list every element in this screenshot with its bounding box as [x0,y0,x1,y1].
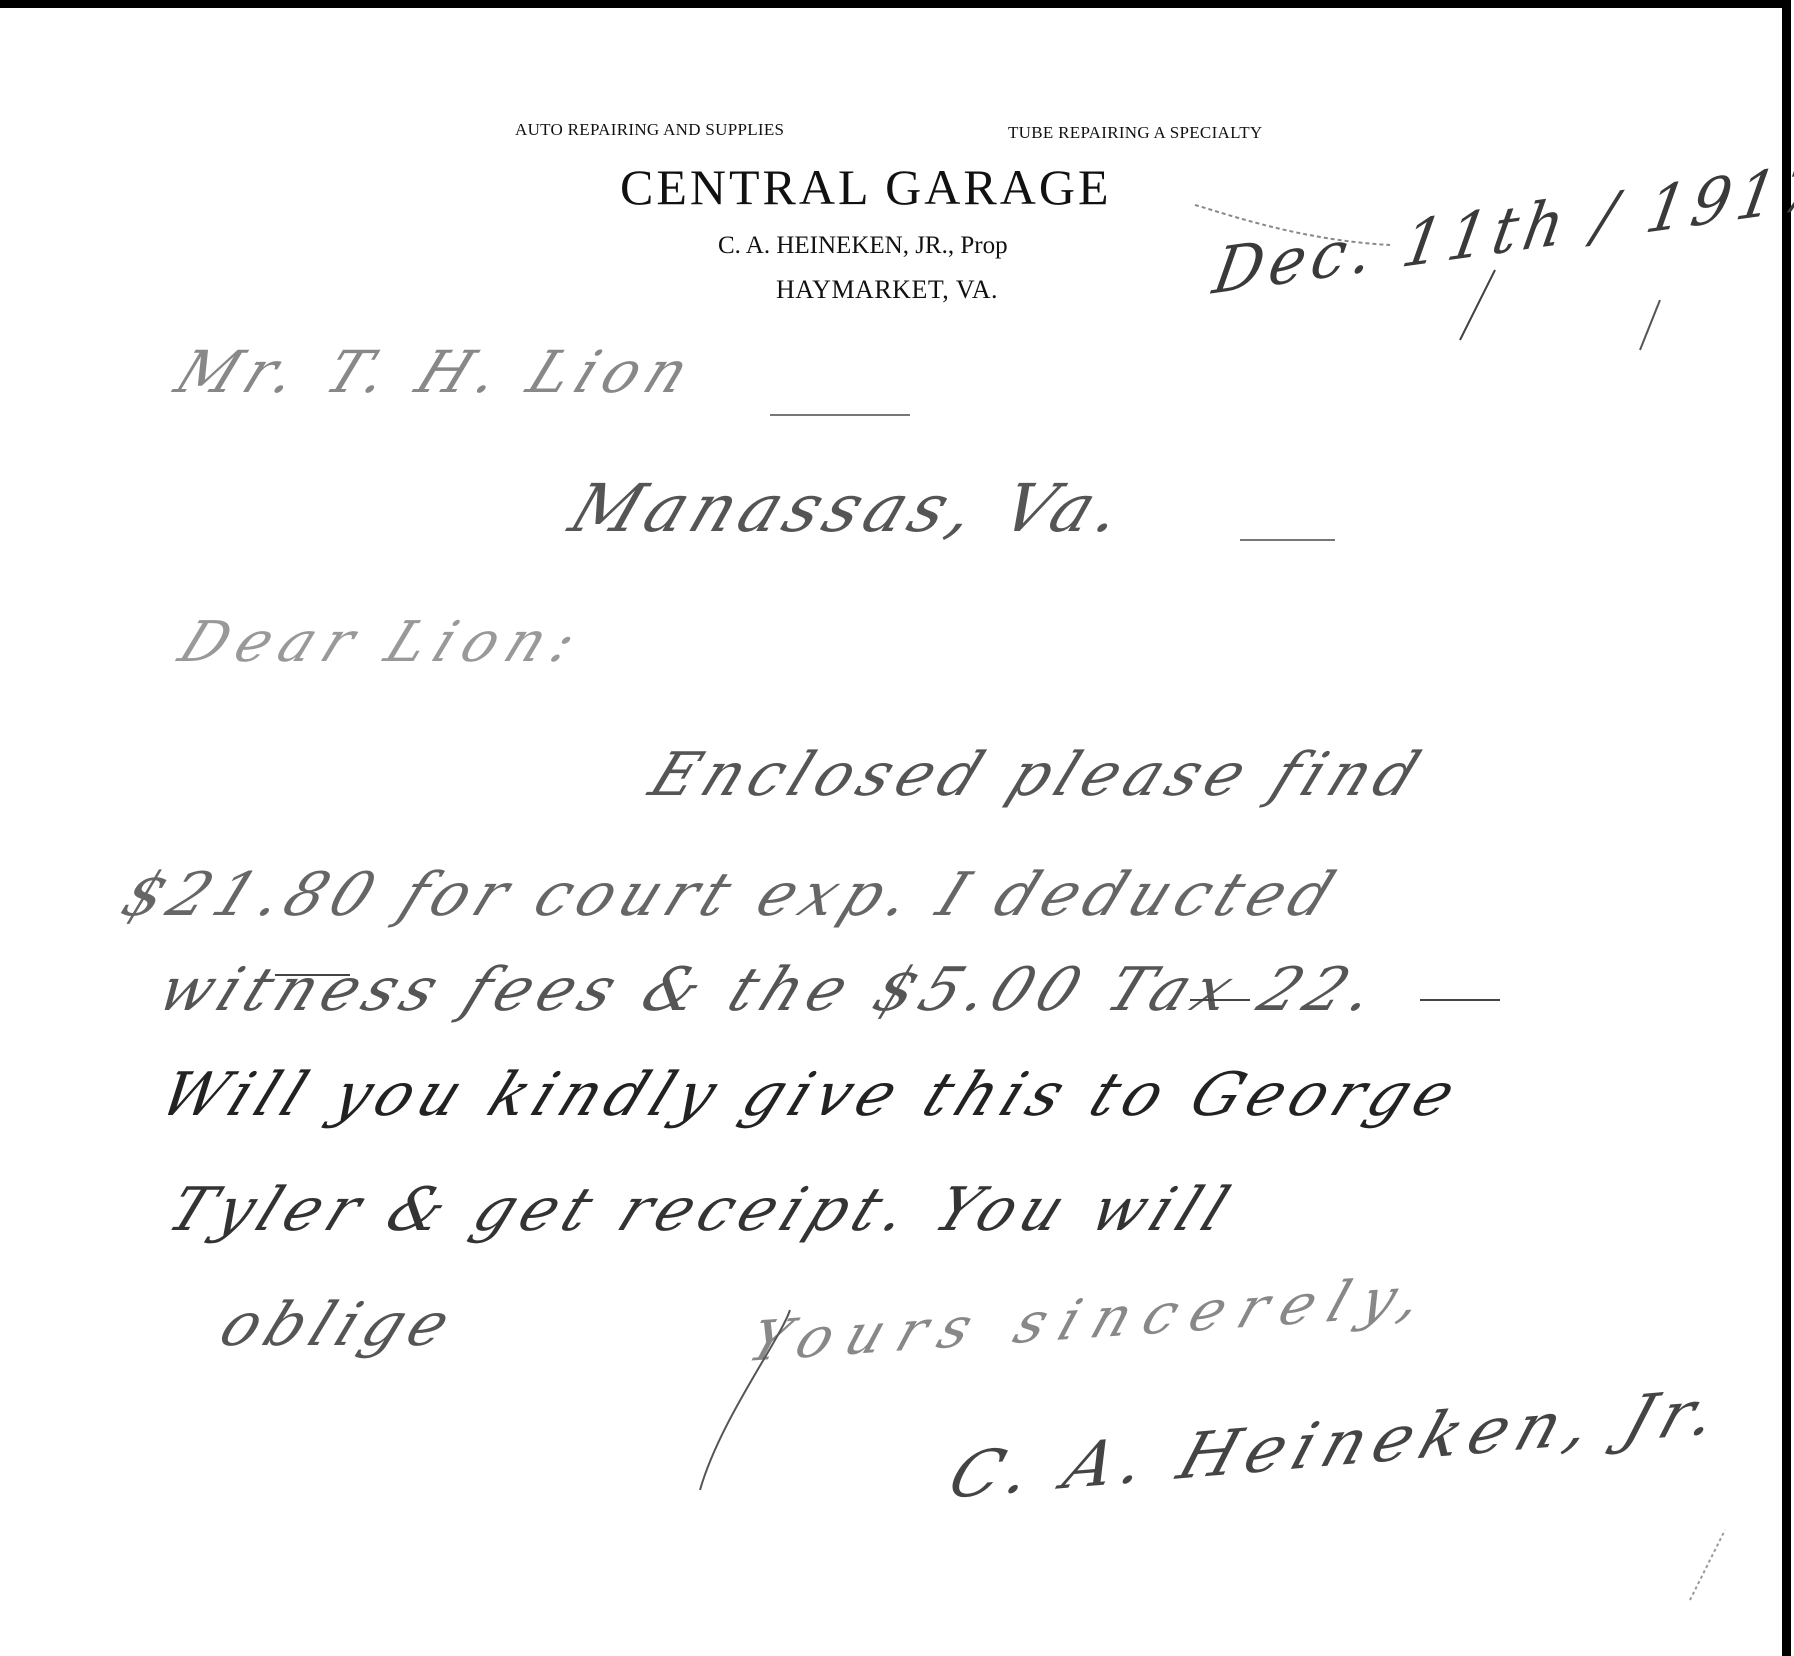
pen-flourishes [0,0,1794,1656]
